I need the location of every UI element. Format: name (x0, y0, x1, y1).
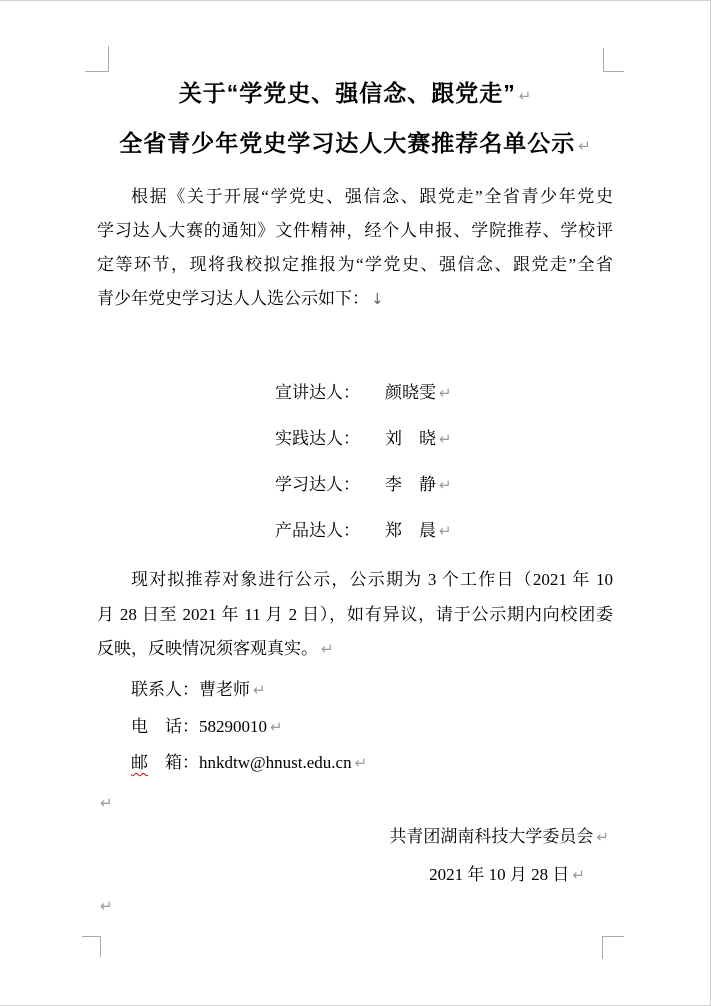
margin-crop-mark-bottom-left (82, 936, 101, 957)
nominee-category: 学习达人： (275, 475, 360, 494)
paragraph-mark-icon: ↵ (100, 794, 113, 812)
paragraph-mark-icon: ↵ (321, 640, 334, 658)
date-text: 2021 年 10 月 28 日 (429, 865, 569, 884)
body-line: 反映，反映情况须客观真实。↵ (97, 632, 613, 667)
paragraph-mark-icon: ↵ (596, 828, 609, 846)
margin-crop-mark-top-right (603, 48, 624, 72)
body-line: 现对拟推荐对象进行公示，公示期为 3 个工作日（2021 年 10 (97, 563, 613, 598)
title-text: 关于“学党史、强信念、跟党走” (179, 80, 516, 106)
paragraph-mark-icon: ↵ (439, 430, 452, 448)
paragraph-mark-icon: ↵ (519, 87, 532, 105)
nominee-row: 宣讲达人：颜晓雯↵ (275, 370, 452, 416)
paragraph-mark-icon: ↵ (100, 897, 113, 915)
nominee-row: 实践达人：刘 晓↵ (275, 416, 452, 462)
paragraph-mark-icon: ↵ (578, 137, 591, 155)
paragraph-mark-icon: ↵ (253, 681, 266, 699)
margin-crop-mark-bottom-right (602, 936, 624, 959)
nominee-name: 李 静 (385, 475, 436, 494)
nominee-name: 郑 晨 (385, 521, 436, 540)
signature-text: 共青团湖南科技大学委员会 (389, 827, 593, 846)
contact-label: 联系人： (131, 680, 199, 699)
signature-line: 共青团湖南科技大学委员会↵ (97, 822, 613, 852)
notice-paragraph: 现对拟推荐对象进行公示，公示期为 3 个工作日（2021 年 10 月 28 日… (97, 563, 613, 667)
document-title-line-1: 关于“学党史、强信念、跟党走”↵ (97, 70, 613, 120)
contact-value: hnkdtw@hnust.edu.cn (199, 753, 352, 772)
body-text: 反映，反映情况须客观真实。 (97, 639, 318, 658)
paragraph-mark-icon: ↵ (355, 754, 368, 772)
empty-paragraph-mark: ↵ (97, 791, 113, 816)
body-line: 青少年党史学习达人人选公示如下：↓ (97, 282, 613, 316)
document-page: 关于“学党史、强信念、跟党走”↵ 全省青少年党史学习达人大赛推荐名单公示↵ 根据… (0, 0, 711, 1006)
document-title: 关于“学党史、强信念、跟党走”↵ 全省青少年党史学习达人大赛推荐名单公示↵ (97, 70, 613, 170)
nominee-row: 产品达人：郑 晨↵ (275, 508, 452, 554)
empty-paragraph-mark: ↵ (97, 894, 113, 919)
spellcheck-underlined-char: 邮 (131, 753, 148, 772)
contact-phone-row: 电 话：58290010↵ (97, 709, 613, 746)
document-title-line-2: 全省青少年党史学习达人大赛推荐名单公示↵ (97, 120, 613, 170)
nominee-list: 宣讲达人：颜晓雯↵ 实践达人：刘 晓↵ 学习达人：李 静↵ 产品达人：郑 晨↵ (275, 370, 452, 554)
title-text: 全省青少年党史学习达人大赛推荐名单公示 (119, 130, 575, 156)
paragraph-mark-icon: ↵ (270, 718, 283, 736)
nominee-name: 刘 晓 (385, 429, 436, 448)
contact-label: 箱： (148, 753, 199, 772)
opening-paragraph: 根据《关于开展“学党史、强信念、跟党走”全省青少年党史 学习达人大赛的通知》文件… (97, 180, 613, 316)
contact-info: 联系人：曹老师↵ 电 话：58290010↵ 邮 箱：hnkdtw@hnust.… (97, 672, 613, 782)
paragraph-mark-icon: ↵ (439, 522, 452, 540)
nominee-category: 实践达人： (275, 429, 360, 448)
paragraph-mark-icon: ↵ (439, 476, 452, 494)
nominee-category: 宣讲达人： (275, 383, 360, 402)
body-line: 定等环节，现将我校拟定推报为“学党史、强信念、跟党走”全省 (97, 248, 613, 282)
date-line: 2021 年 10 月 28 日↵ (97, 860, 613, 890)
body-text: 青少年党史学习达人人选公示如下： (97, 289, 369, 308)
nominee-category: 产品达人： (275, 521, 360, 540)
contact-value: 58290010 (199, 717, 267, 736)
body-line: 根据《关于开展“学党史、强信念、跟党走”全省青少年党史 (97, 180, 613, 214)
margin-crop-mark-top-left (85, 46, 109, 72)
paragraph-mark-icon: ↵ (572, 866, 585, 884)
line-break-icon: ↓ (371, 290, 384, 308)
paragraph-mark-icon: ↵ (439, 384, 452, 402)
nominee-name: 颜晓雯 (385, 383, 436, 402)
body-line: 学习达人大赛的通知》文件精神，经个人申报、学院推荐、学校评 (97, 214, 613, 248)
contact-label: 电 话： (131, 717, 199, 736)
body-line: 月 28 日至 2021 年 11 月 2 日），如有异议，请于公示期内向校团委 (97, 598, 613, 633)
contact-email-row: 邮 箱：hnkdtw@hnust.edu.cn↵ (97, 745, 613, 782)
contact-person-row: 联系人：曹老师↵ (97, 672, 613, 709)
nominee-row: 学习达人：李 静↵ (275, 462, 452, 508)
contact-value: 曹老师 (199, 680, 250, 699)
